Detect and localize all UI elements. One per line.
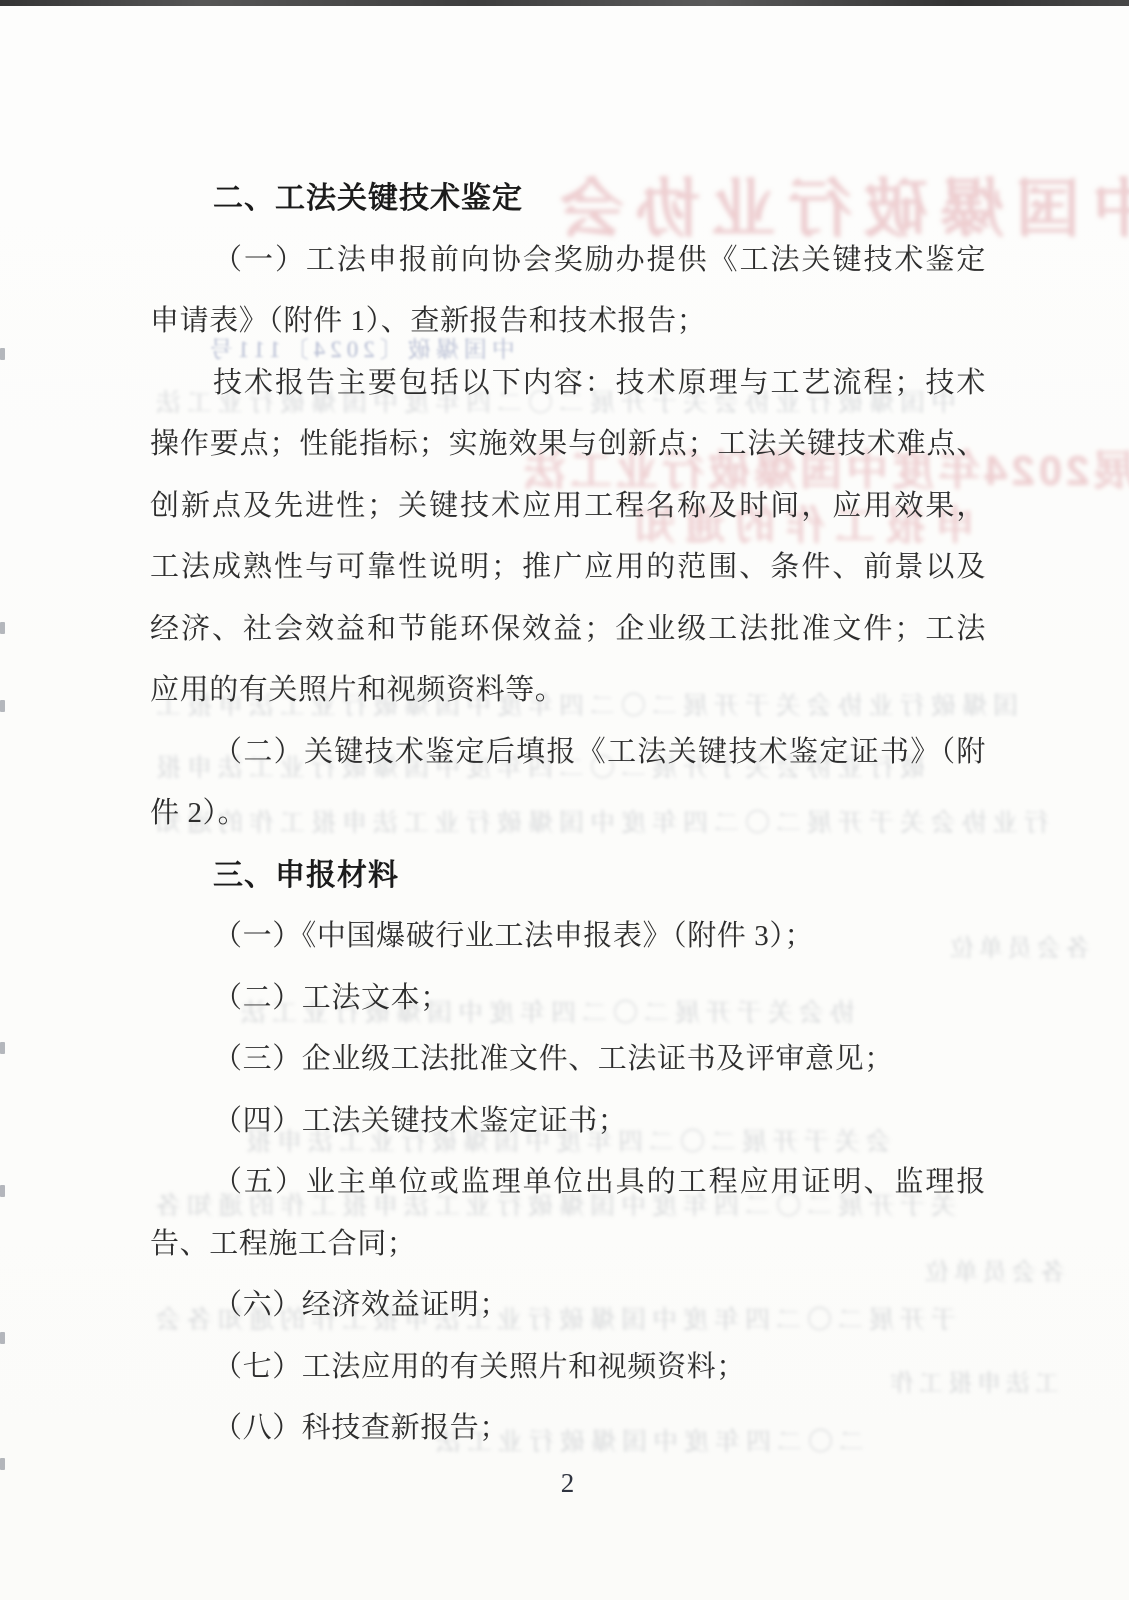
scan-speck (0, 1458, 5, 1470)
body-text-line: （六）经济效益证明； (150, 1275, 986, 1337)
body-text-line: （七）工法应用的有关照片和视频资料； (150, 1337, 986, 1399)
body-text-line: （一）工法申报前向协会奖励办提供《工法关键技术鉴定 (150, 230, 986, 292)
scan-speck (0, 700, 5, 712)
body-text-line: （一）《中国爆破行业工法申报表》（附件 3）； (150, 906, 986, 968)
body-text-line: 操作要点；性能指标；实施效果与创新点；工法关键技术难点、 (150, 414, 986, 476)
body-text-line: （二）工法文本； (150, 968, 986, 1030)
scan-speck (0, 622, 5, 634)
body-text-line: （四）工法关键技术鉴定证书； (150, 1091, 986, 1153)
body-text-line: 申请表》（附件 1）、查新报告和技术报告； (150, 291, 986, 353)
body-text-line: （二）关键技术鉴定后填报《工法关键技术鉴定证书》（附 (150, 722, 986, 784)
scanned-document-page: 中国爆破行业协会中国爆破〔2024〕111号关于开展2024年度中国爆破行业工法… (0, 0, 1129, 1600)
body-text-line: 工法成熟性与可靠性说明；推广应用的范围、条件、前景以及 (150, 537, 986, 599)
body-text-line: 应用的有关照片和视频资料等。 (150, 660, 986, 722)
scan-speck (0, 348, 5, 360)
page-number: 2 (150, 1468, 986, 1499)
body-text-line: （三）企业级工法批准文件、工法证书及评审意见； (150, 1029, 986, 1091)
section-heading: 三、申报材料 (150, 845, 986, 907)
section-heading: 二、工法关键技术鉴定 (150, 168, 986, 230)
body-text-line: （八）科技查新报告； (150, 1398, 986, 1460)
document-body: 二、工法关键技术鉴定（一）工法申报前向协会奖励办提供《工法关键技术鉴定申请表》（… (150, 168, 986, 1460)
body-text-line: 告、工程施工合同； (150, 1214, 986, 1276)
body-text-line: 技术报告主要包括以下内容：技术原理与工艺流程；技术 (150, 353, 986, 415)
body-text-line: 经济、社会效益和节能环保效益；企业级工法批准文件；工法 (150, 599, 986, 661)
body-text-line: 创新点及先进性；关键技术应用工程名称及时间，应用效果， (150, 476, 986, 538)
scan-edge-artifact (0, 0, 1129, 6)
scan-speck (0, 1185, 5, 1197)
scan-speck (0, 1332, 5, 1344)
scan-speck (0, 1042, 5, 1054)
body-text-line: 件 2）。 (150, 783, 986, 845)
body-text-line: （五）业主单位或监理单位出具的工程应用证明、监理报 (150, 1152, 986, 1214)
